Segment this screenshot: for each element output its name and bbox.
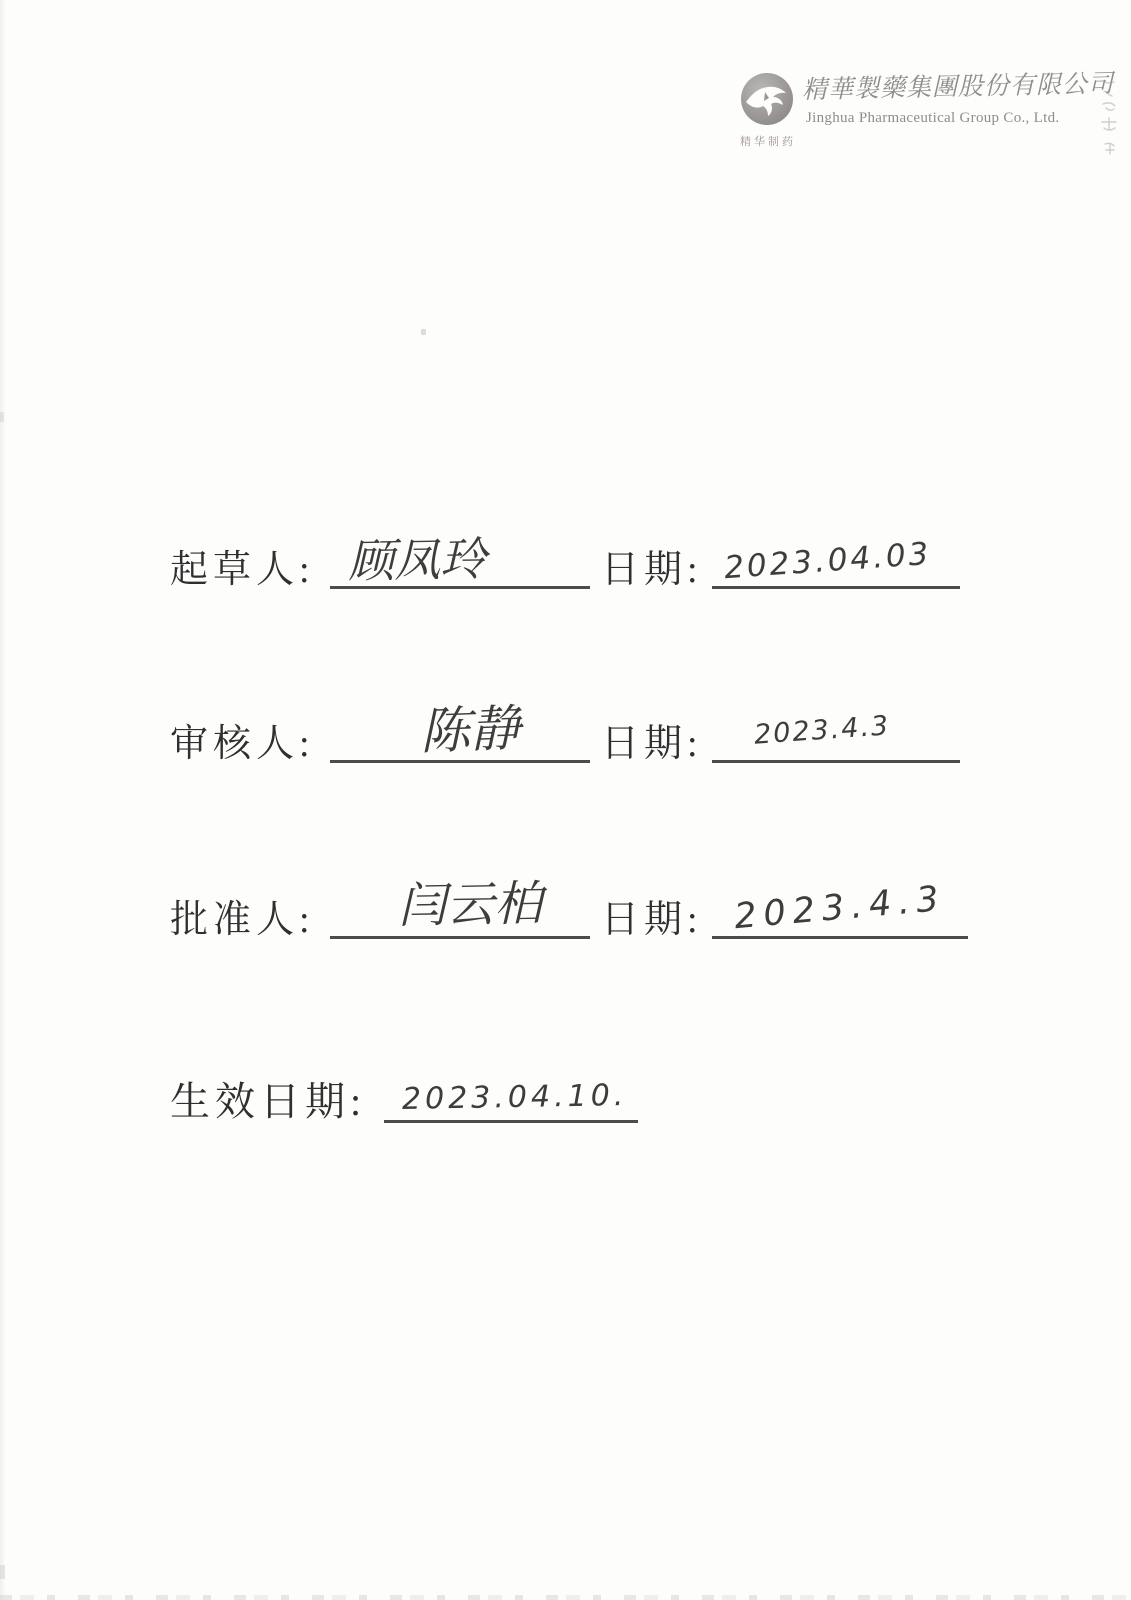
company-name-zh: 精華製藥集團股份有限公司 <box>802 69 1103 105</box>
drafter-date-line <box>712 586 960 589</box>
drafter-signature-handwriting: 顾凤玲 <box>347 523 486 591</box>
scanned-document-page: 精华制药 精華製藥集團股份有限公司 Jinghua Pharmaceutical… <box>0 0 1131 1600</box>
margin-scribble-marks <box>1098 78 1122 198</box>
approver-date-line <box>712 936 968 939</box>
scan-speck <box>421 329 426 335</box>
company-logo: 精华制药 <box>738 72 810 152</box>
approver-signature-line <box>330 936 590 939</box>
effective-date-label: 生效日期: <box>170 1070 366 1127</box>
scan-edge-shading <box>0 0 6 1600</box>
reviewer-date-handwriting: 2023.4.3 <box>753 710 891 750</box>
drafter-date-label: 日期: <box>601 538 703 593</box>
reviewer-date-line <box>712 760 960 763</box>
reviewer-date-label: 日期: <box>601 712 703 767</box>
reviewer-label: 审核人: <box>170 712 315 767</box>
drafter-label: 起草人: <box>170 538 315 593</box>
company-name-en: Jinghua Pharmaceutical Group Co., Ltd. <box>806 110 1096 127</box>
scan-noise-bottom <box>0 1595 1131 1600</box>
bird-in-circle-icon <box>738 72 800 130</box>
drafter-date-handwriting: 2023.04.03 <box>723 536 933 586</box>
effective-date-handwriting: 2023.04.10. <box>402 1078 628 1117</box>
effective-date-line <box>384 1120 638 1123</box>
approver-date-handwriting: 2023.4.3 <box>733 879 948 937</box>
approver-label: 批准人: <box>170 888 315 943</box>
logo-caption: 精华制药 <box>740 133 810 149</box>
approver-signature-handwriting: 闫云柏 <box>397 865 542 937</box>
reviewer-signature-handwriting: 陈静 <box>419 688 521 763</box>
approver-date-label: 日期: <box>601 888 703 943</box>
